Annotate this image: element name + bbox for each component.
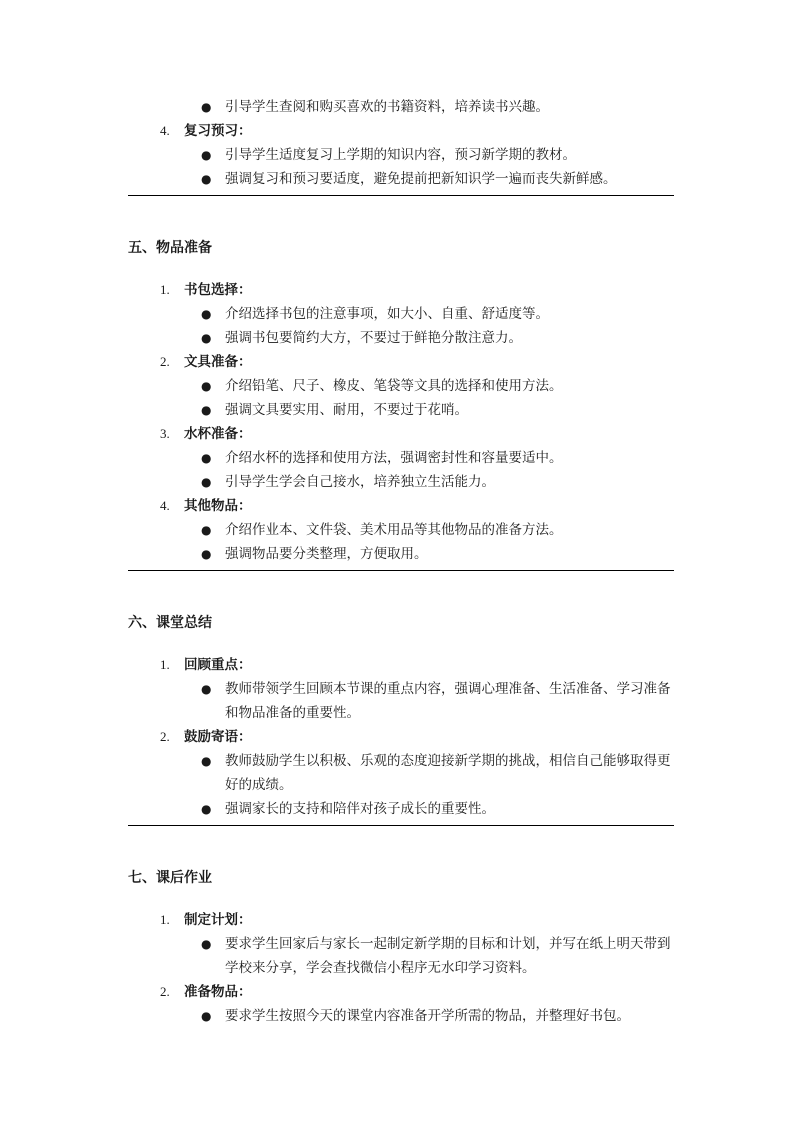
numbered-item: 1.制定计划：	[128, 908, 674, 932]
section-divider	[128, 195, 674, 196]
section-homework: 七、课后作业 1.制定计划： ●要求学生回家后与家长一起制定新学期的目标和计划，…	[128, 866, 674, 1028]
document-page: ● 引导学生查阅和购买喜欢的书籍资料，培养读书兴趣。 4. 复习预习： ● 引导…	[128, 95, 674, 1028]
bullet-item: ●介绍作业本、文件袋、美术用品等其他物品的准备方法。	[128, 518, 674, 542]
bullet-icon: ●	[201, 1004, 211, 1028]
bullet-icon: ●	[201, 470, 211, 494]
section-supplies: 五、物品准备 1.书包选择： ●介绍选择书包的注意事项，如大小、自重、舒适度等。…	[128, 236, 674, 571]
section-heading: 五、物品准备	[128, 236, 674, 260]
bullet-icon: ●	[201, 749, 211, 773]
bullet-icon: ●	[201, 518, 211, 542]
numbered-item: 4. 复习预习：	[128, 119, 674, 143]
bullet-item: ●介绍铅笔、尺子、橡皮、笔袋等文具的选择和使用方法。	[128, 374, 674, 398]
bullet-item: ●介绍选择书包的注意事项，如大小、自重、舒适度等。	[128, 302, 674, 326]
bullet-item: ●强调文具要实用、耐用，不要过于花哨。	[128, 398, 674, 422]
bullet-icon: ●	[201, 446, 211, 470]
bullet-item: ●教师带领学生回顾本节课的重点内容，强调心理准备、生活准备、学习准备和物品准备的…	[128, 677, 674, 725]
section-divider	[128, 570, 674, 571]
numbered-item: 4.其他物品：	[128, 494, 674, 518]
numbered-item: 1.回顾重点：	[128, 653, 674, 677]
section-heading: 六、课堂总结	[128, 611, 674, 635]
section-heading: 七、课后作业	[128, 866, 674, 890]
bullet-icon: ●	[201, 542, 211, 566]
bullet-icon: ●	[201, 167, 211, 191]
bullet-item: ●强调家长的支持和陪伴对孩子成长的重要性。	[128, 797, 674, 821]
numbered-item: 2.鼓励寄语：	[128, 725, 674, 749]
item-label: 复习预习：	[184, 123, 252, 139]
bullet-icon: ●	[201, 326, 211, 350]
bullet-icon: ●	[201, 398, 211, 422]
numbered-item: 2.文具准备：	[128, 350, 674, 374]
bullet-icon: ●	[201, 374, 211, 398]
bullet-icon: ●	[201, 143, 211, 167]
bullet-item: ● 强调复习和预习要适度，避免提前把新知识学一遍而丧失新鲜感。	[128, 167, 674, 191]
bullet-item: ●强调物品要分类整理，方便取用。	[128, 542, 674, 566]
bullet-item: ●介绍水杯的选择和使用方法，强调密封性和容量要适中。	[128, 446, 674, 470]
bullet-icon: ●	[201, 95, 211, 119]
bullet-item: ● 引导学生适度复习上学期的知识内容，预习新学期的教材。	[128, 143, 674, 167]
bullet-item: ●教师鼓励学生以积极、乐观的态度迎接新学期的挑战，相信自己能够取得更好的成绩。	[128, 749, 674, 797]
bullet-item: ●要求学生回家后与家长一起制定新学期的目标和计划，并写在纸上明天带到学校来分享，…	[128, 932, 674, 980]
bullet-item: ●引导学生学会自己接水，培养独立生活能力。	[128, 470, 674, 494]
section-summary: 六、课堂总结 1.回顾重点： ●教师带领学生回顾本节课的重点内容，强调心理准备、…	[128, 611, 674, 826]
numbered-item: 3.水杯准备：	[128, 422, 674, 446]
bullet-icon: ●	[201, 677, 211, 701]
bullet-icon: ●	[201, 302, 211, 326]
numbered-item: 2.准备物品：	[128, 980, 674, 1004]
numbered-item: 1.书包选择：	[128, 278, 674, 302]
bullet-item: ●要求学生按照今天的课堂内容准备开学所需的物品，并整理好书包。	[128, 1004, 674, 1028]
bullet-icon: ●	[201, 797, 211, 821]
bullet-item: ●强调书包要简约大方，不要过于鲜艳分散注意力。	[128, 326, 674, 350]
bullet-item: ● 引导学生查阅和购买喜欢的书籍资料，培养读书兴趣。	[128, 95, 674, 119]
section-continued: ● 引导学生查阅和购买喜欢的书籍资料，培养读书兴趣。 4. 复习预习： ● 引导…	[128, 95, 674, 196]
bullet-icon: ●	[201, 932, 211, 956]
section-divider	[128, 825, 674, 826]
